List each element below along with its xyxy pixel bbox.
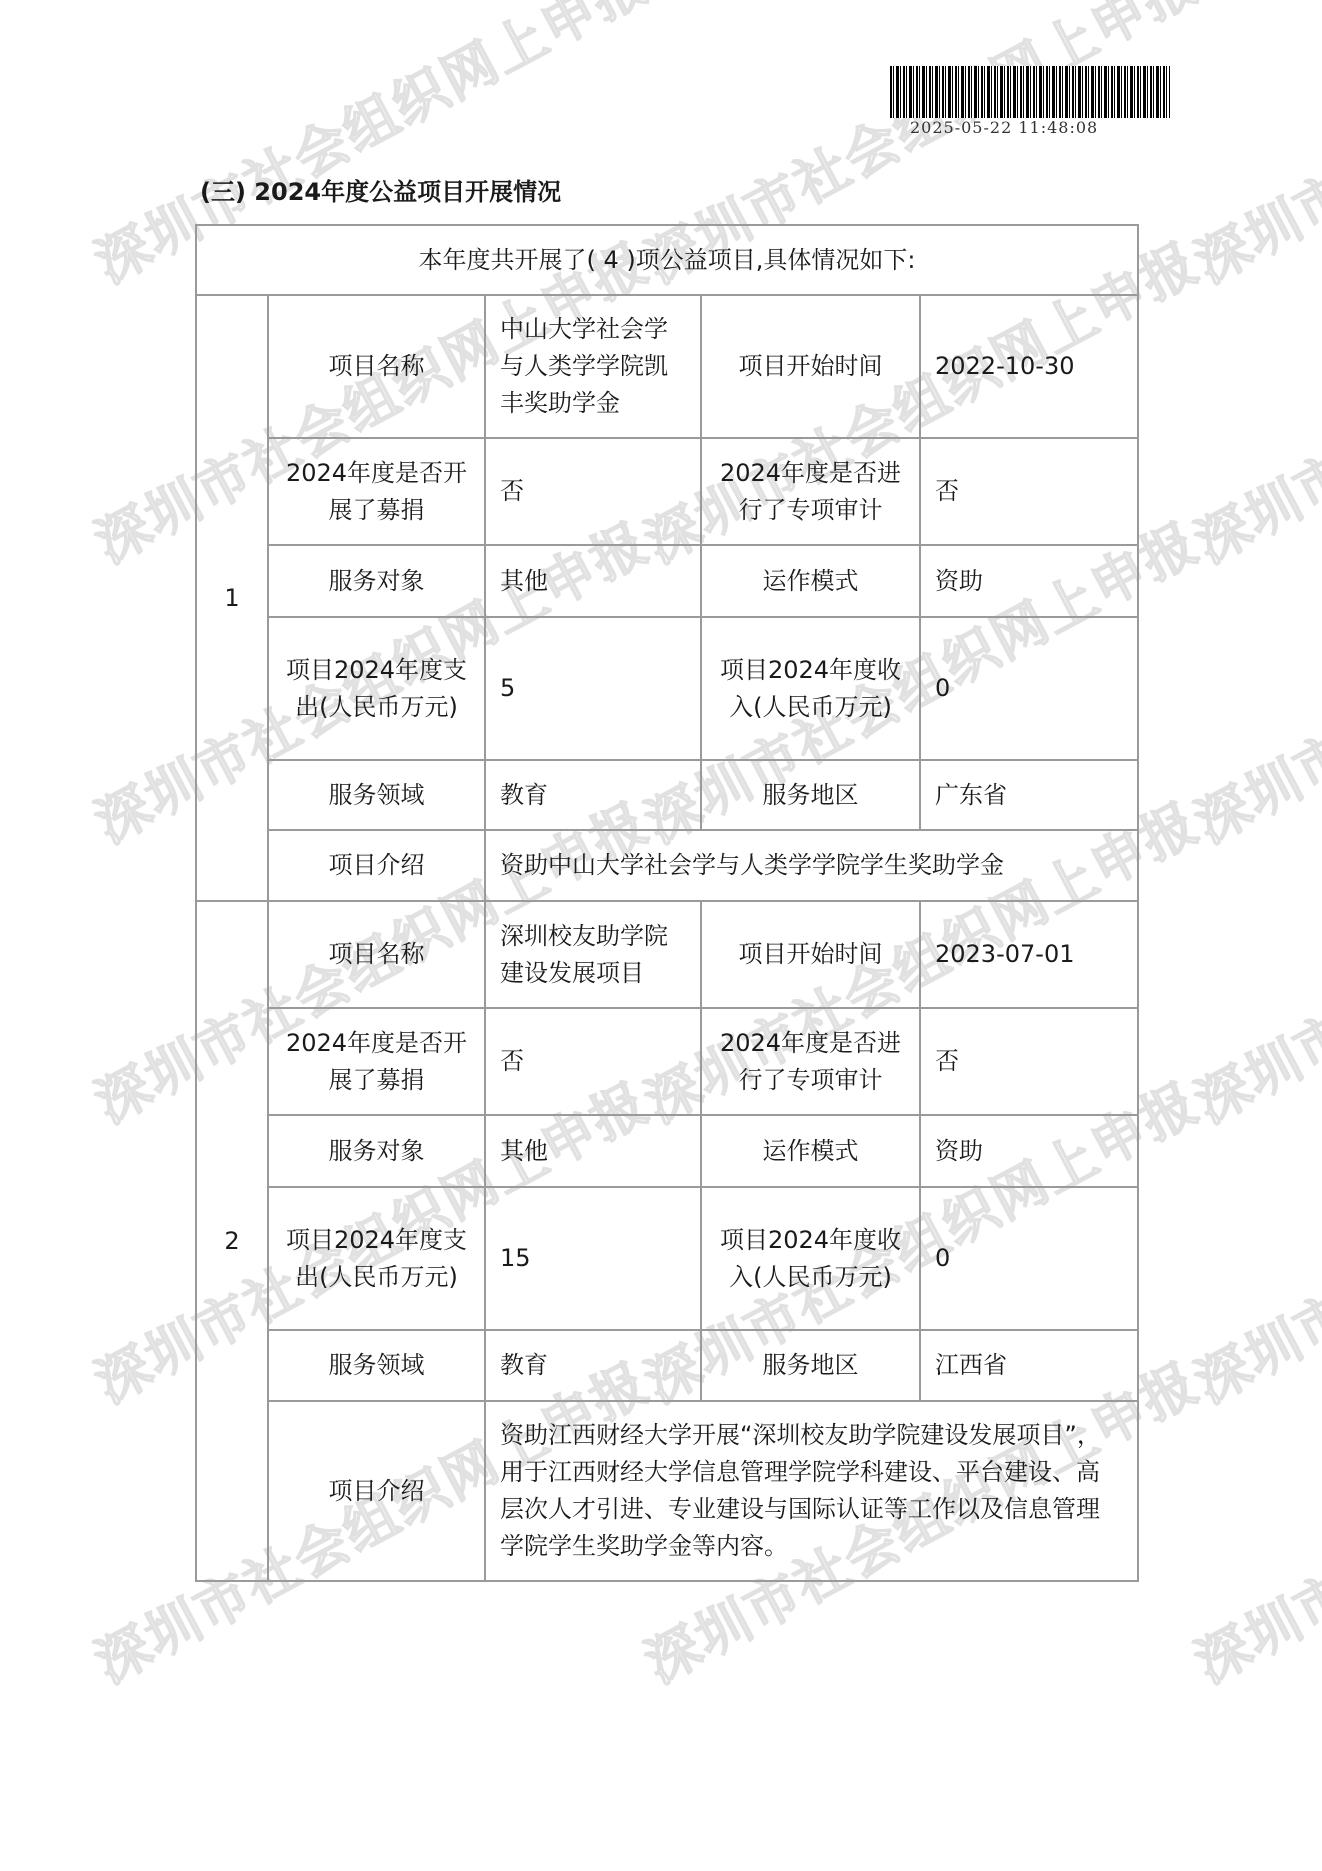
project-audit: 否 bbox=[920, 1008, 1138, 1115]
watermark: 深圳市社会组织网上申报 bbox=[1180, 781, 1322, 1138]
label-operation-mode: 运作模式 bbox=[701, 1115, 920, 1187]
label-income: 项目2024年度收入(人民币万元) bbox=[701, 617, 920, 760]
table-row: 项目介绍 资助江西财经大学开展“深圳校友助学院建设发展项目”，用于江西财经大学信… bbox=[196, 1401, 1138, 1581]
project-expense: 15 bbox=[485, 1187, 701, 1330]
label-project-name: 项目名称 bbox=[268, 901, 485, 1008]
label-audit: 2024年度是否进行了专项审计 bbox=[701, 438, 920, 545]
label-income: 项目2024年度收入(人民币万元) bbox=[701, 1187, 920, 1330]
project-operation-mode: 资助 bbox=[920, 1115, 1138, 1187]
table-row: 项目介绍 资助中山大学社会学与人类学学院学生奖助学金 bbox=[196, 830, 1138, 901]
label-service-field: 服务领域 bbox=[268, 1330, 485, 1401]
project-expense: 5 bbox=[485, 617, 701, 760]
project-start-time: 2023-07-01 bbox=[920, 901, 1138, 1008]
label-project-name: 项目名称 bbox=[268, 295, 485, 438]
project-operation-mode: 资助 bbox=[920, 545, 1138, 617]
label-expense: 项目2024年度支出(人民币万元) bbox=[268, 617, 485, 760]
project-income: 0 bbox=[920, 1187, 1138, 1330]
project-name: 深圳校友助学院建设发展项目 bbox=[485, 901, 701, 1008]
watermark: 深圳市社会组织网上申报 bbox=[1180, 1341, 1322, 1698]
table-row: 服务对象 其他 运作模式 资助 bbox=[196, 545, 1138, 617]
label-start-time: 项目开始时间 bbox=[701, 901, 920, 1008]
label-service-field: 服务领域 bbox=[268, 760, 485, 830]
watermark: 深圳市社会组织网上申报 bbox=[1180, 221, 1322, 578]
label-fundraise: 2024年度是否开展了募捐 bbox=[268, 1008, 485, 1115]
project-service-region: 广东省 bbox=[920, 760, 1138, 830]
watermark: 深圳市社会组织网上申报 bbox=[1180, 1061, 1322, 1418]
section-title: (三) 2024年度公益项目开展情况 bbox=[200, 172, 561, 207]
table-row: 服务领域 教育 服务地区 江西省 bbox=[196, 1330, 1138, 1401]
project-income: 0 bbox=[920, 617, 1138, 760]
label-service-region: 服务地区 bbox=[701, 760, 920, 830]
label-audit: 2024年度是否进行了专项审计 bbox=[701, 1008, 920, 1115]
table-row: 2024年度是否开展了募捐 否 2024年度是否进行了专项审计 否 bbox=[196, 1008, 1138, 1115]
table-row: 2024年度是否开展了募捐 否 2024年度是否进行了专项审计 否 bbox=[196, 438, 1138, 545]
project-name: 中山大学社会学与人类学学院凯丰奖助学金 bbox=[485, 295, 701, 438]
label-service-target: 服务对象 bbox=[268, 1115, 485, 1187]
label-project-intro: 项目介绍 bbox=[268, 1401, 485, 1581]
label-operation-mode: 运作模式 bbox=[701, 545, 920, 617]
project-intro: 资助江西财经大学开展“深圳校友助学院建设发展项目”，用于江西财经大学信息管理学院… bbox=[485, 1401, 1138, 1581]
project-fundraise: 否 bbox=[485, 1008, 701, 1115]
project-fundraise: 否 bbox=[485, 438, 701, 545]
project-service-region: 江西省 bbox=[920, 1330, 1138, 1401]
label-expense: 项目2024年度支出(人民币万元) bbox=[268, 1187, 485, 1330]
table-row: 服务对象 其他 运作模式 资助 bbox=[196, 1115, 1138, 1187]
label-start-time: 项目开始时间 bbox=[701, 295, 920, 438]
watermark: 深圳市社会组织网上申报 bbox=[1180, 501, 1322, 858]
label-fundraise: 2024年度是否开展了募捐 bbox=[268, 438, 485, 545]
label-service-target: 服务对象 bbox=[268, 545, 485, 617]
project-audit: 否 bbox=[920, 438, 1138, 545]
table-row: 2 项目名称 深圳校友助学院建设发展项目 项目开始时间 2023-07-01 bbox=[196, 901, 1138, 1008]
watermark: 深圳市社会组织网上申报 bbox=[1180, 0, 1322, 298]
project-intro: 资助中山大学社会学与人类学学院学生奖助学金 bbox=[485, 830, 1138, 901]
project-service-field: 教育 bbox=[485, 760, 701, 830]
barcode bbox=[890, 66, 1170, 118]
table-row: 服务领域 教育 服务地区 广东省 bbox=[196, 760, 1138, 830]
table-row: 项目2024年度支出(人民币万元) 5 项目2024年度收入(人民币万元) 0 bbox=[196, 617, 1138, 760]
table-intro: 本年度共开展了( 4 )项公益项目,具体情况如下: bbox=[196, 225, 1138, 295]
label-service-region: 服务地区 bbox=[701, 1330, 920, 1401]
project-index: 1 bbox=[196, 295, 268, 901]
project-index: 2 bbox=[196, 901, 268, 1581]
table-intro-row: 本年度共开展了( 4 )项公益项目,具体情况如下: bbox=[196, 225, 1138, 295]
project-service-target: 其他 bbox=[485, 545, 701, 617]
label-project-intro: 项目介绍 bbox=[268, 830, 485, 901]
projects-table: 本年度共开展了( 4 )项公益项目,具体情况如下: 1 项目名称 中山大学社会学… bbox=[195, 224, 1139, 1582]
project-service-field: 教育 bbox=[485, 1330, 701, 1401]
project-service-target: 其他 bbox=[485, 1115, 701, 1187]
barcode-timestamp: 2025-05-22 11:48:08 bbox=[910, 118, 1098, 137]
table-row: 1 项目名称 中山大学社会学与人类学学院凯丰奖助学金 项目开始时间 2022-1… bbox=[196, 295, 1138, 438]
table-row: 项目2024年度支出(人民币万元) 15 项目2024年度收入(人民币万元) 0 bbox=[196, 1187, 1138, 1330]
project-start-time: 2022-10-30 bbox=[920, 295, 1138, 438]
